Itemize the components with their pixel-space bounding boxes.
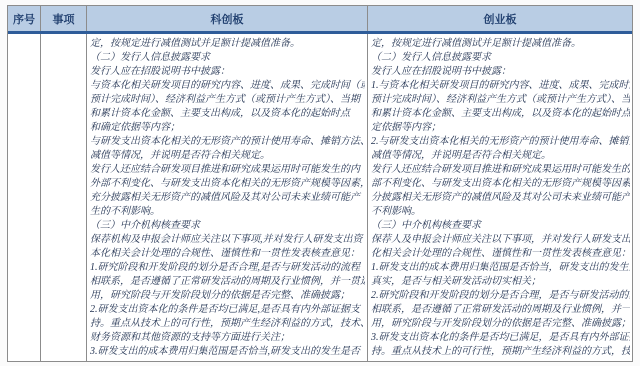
- text-line: 用，研究阶段与开发阶段划分的依据是否完整、准确披露；: [371, 317, 630, 331]
- header-chinext: 创业板: [368, 6, 632, 31]
- header-star-market: 科创板: [87, 6, 368, 31]
- text-line: 外部不利变化、与研发支出资本化相关的无形资产规模等因素，: [90, 177, 365, 191]
- text-line: 本化相关会计处理的合规性、谨慎性和一贯性发表核查意见：: [90, 247, 365, 261]
- text-line: 定依据等内容；: [371, 121, 630, 135]
- text-line: （二）发行人信息披露要求: [371, 51, 630, 65]
- text-line: 定，按规定进行减值测试并足额计提减值准备。: [90, 37, 365, 51]
- comparison-table: 序号 事项 科创板 创业板 定，按规定进行减值测试并足额计提减值准备。（二）发行…: [7, 5, 633, 362]
- text-line: 减值等情况，并说明是否符合相关规定。: [90, 149, 365, 163]
- text-line: 发行人还应结合研发项目推进和研究成果运用时可能发生的内外: [371, 163, 630, 177]
- text-line: 2.研究阶段和开发阶段的划分是否合理，是否与研发活动的流程: [371, 289, 630, 303]
- text-line: （三）中介机构核查要求: [371, 219, 630, 233]
- text-line: （二）发行人信息披露要求: [90, 51, 365, 65]
- text-line: 保荐机构及申报会计师应关注以下事项,并对发行人研发支出资: [90, 233, 365, 247]
- text-line: 2.研发支出资本化的条件是否均已满足,是否具有内外部证据支: [90, 303, 365, 317]
- text-line: 相联系，是否遵循了正常研发活动的周期及行业惯例，并一贯运: [371, 303, 630, 317]
- cell-chinext-text: 定，按规定进行减值测试并足额计提减值准备。（二）发行人信息披露要求发行人应在招股…: [368, 34, 632, 361]
- text-line: 与资本化相关研发项目的研究内容、进度、成果、完成时间（或: [90, 79, 365, 93]
- table-body-row: 定，按规定进行减值测试并足额计提减值准备。（二）发行人信息披露要求发行人应在招股…: [8, 34, 632, 361]
- text-line: 和累计资本化金额、主要支出构成，以及资本化的起始时点: [90, 107, 365, 121]
- text-line: 真实，是否与相关研发活动切实相关；: [371, 275, 630, 289]
- text-line: 3.研发支出的成本费用归集范围是否恰当,研发支出的发生是否: [90, 345, 365, 359]
- table-header-row: 序号 事项 科创板 创业板: [8, 6, 632, 34]
- text-line: 财务资源和其他资源的支持等方面进行关注；: [90, 331, 365, 345]
- header-item: 事项: [41, 6, 87, 31]
- text-line: 持。重点从技术上的可行性，预期产生经济利益的方式，技术、: [90, 317, 365, 331]
- text-line: 预计完成时间）、经济利益产生方式（或预计产生方式）、当期: [90, 93, 365, 107]
- text-line: 保荐人及申报会计师应关注以下事项，并对发行人研发支出资本: [371, 233, 630, 247]
- cell-star-market-text: 定，按规定进行减值测试并足额计提减值准备。（二）发行人信息披露要求发行人应在招股…: [87, 34, 368, 361]
- text-line: 1.研究阶段和开发阶段的划分是否合理,是否与研发活动的流程: [90, 261, 365, 275]
- text-line: 不利影响。: [371, 205, 630, 219]
- text-line: （三）中介机构核查要求: [90, 219, 365, 233]
- text-line: 和累计资本化金额、主要支出构成，以及资本化的起始时点和确: [371, 107, 630, 121]
- text-line: 定，按规定进行减值测试并足额计提减值准备。: [371, 37, 630, 51]
- text-line: 3.研发支出资本化的条件是否均已满足，是否具有内外部证据支: [371, 331, 630, 345]
- text-line: 生的不利影响。: [90, 205, 365, 219]
- text-line: 持。重点从技术上的可行性，预期产生经济利益的方式，技术、: [371, 345, 630, 359]
- text-line: 发行人还应结合研发项目推进和研究成果运用时可能发生的内: [90, 163, 365, 177]
- header-seq: 序号: [8, 6, 41, 31]
- text-line: 充分披露相关无形资产的减值风险及其对公司未来业绩可能产: [90, 191, 365, 205]
- text-line: 1.研发支出的成本费用归集范围是否恰当，研发支出的发生是否: [371, 261, 630, 275]
- text-line: 1.与资本化相关研发项目的研究内容、进度、成果、完成时间（或: [371, 79, 630, 93]
- cell-seq: [8, 34, 41, 361]
- text-line: 化相关会计处理的合规性、谨慎性和一贯性发表核查意见：: [371, 247, 630, 261]
- cell-item: [41, 34, 87, 361]
- text-line: 发行人应在招股说明书中披露：: [90, 65, 365, 79]
- text-line: 相联系，是否遵循了正常研发活动的周期及行业惯例，并一贯运: [90, 275, 365, 289]
- text-line: 用，研究阶段与开发阶段划分的依据是否完整、准确披露；: [90, 289, 365, 303]
- text-line: 分披露相关无形资产的减值风险及其对公司未来业绩可能产生的: [371, 191, 630, 205]
- text-line: 2.与研发支出资本化相关的无形资产的预计使用寿命、摊销方法、: [371, 135, 630, 149]
- text-line: 发行人应在招股说明书中披露：: [371, 65, 630, 79]
- text-line: 与研发支出资本化相关的无形资产的预计使用寿命、摊销方法、: [90, 135, 365, 149]
- text-line: 和确定依据等内容；: [90, 121, 365, 135]
- text-line: 预计完成时间）、经济利益产生方式（或预计产生方式）、当期: [371, 93, 630, 107]
- text-line: 减值等情况，并说明是否符合相关规定。: [371, 149, 630, 163]
- text-line: 部不利变化、与研发支出资本化相关的无形资产规模等因素，充: [371, 177, 630, 191]
